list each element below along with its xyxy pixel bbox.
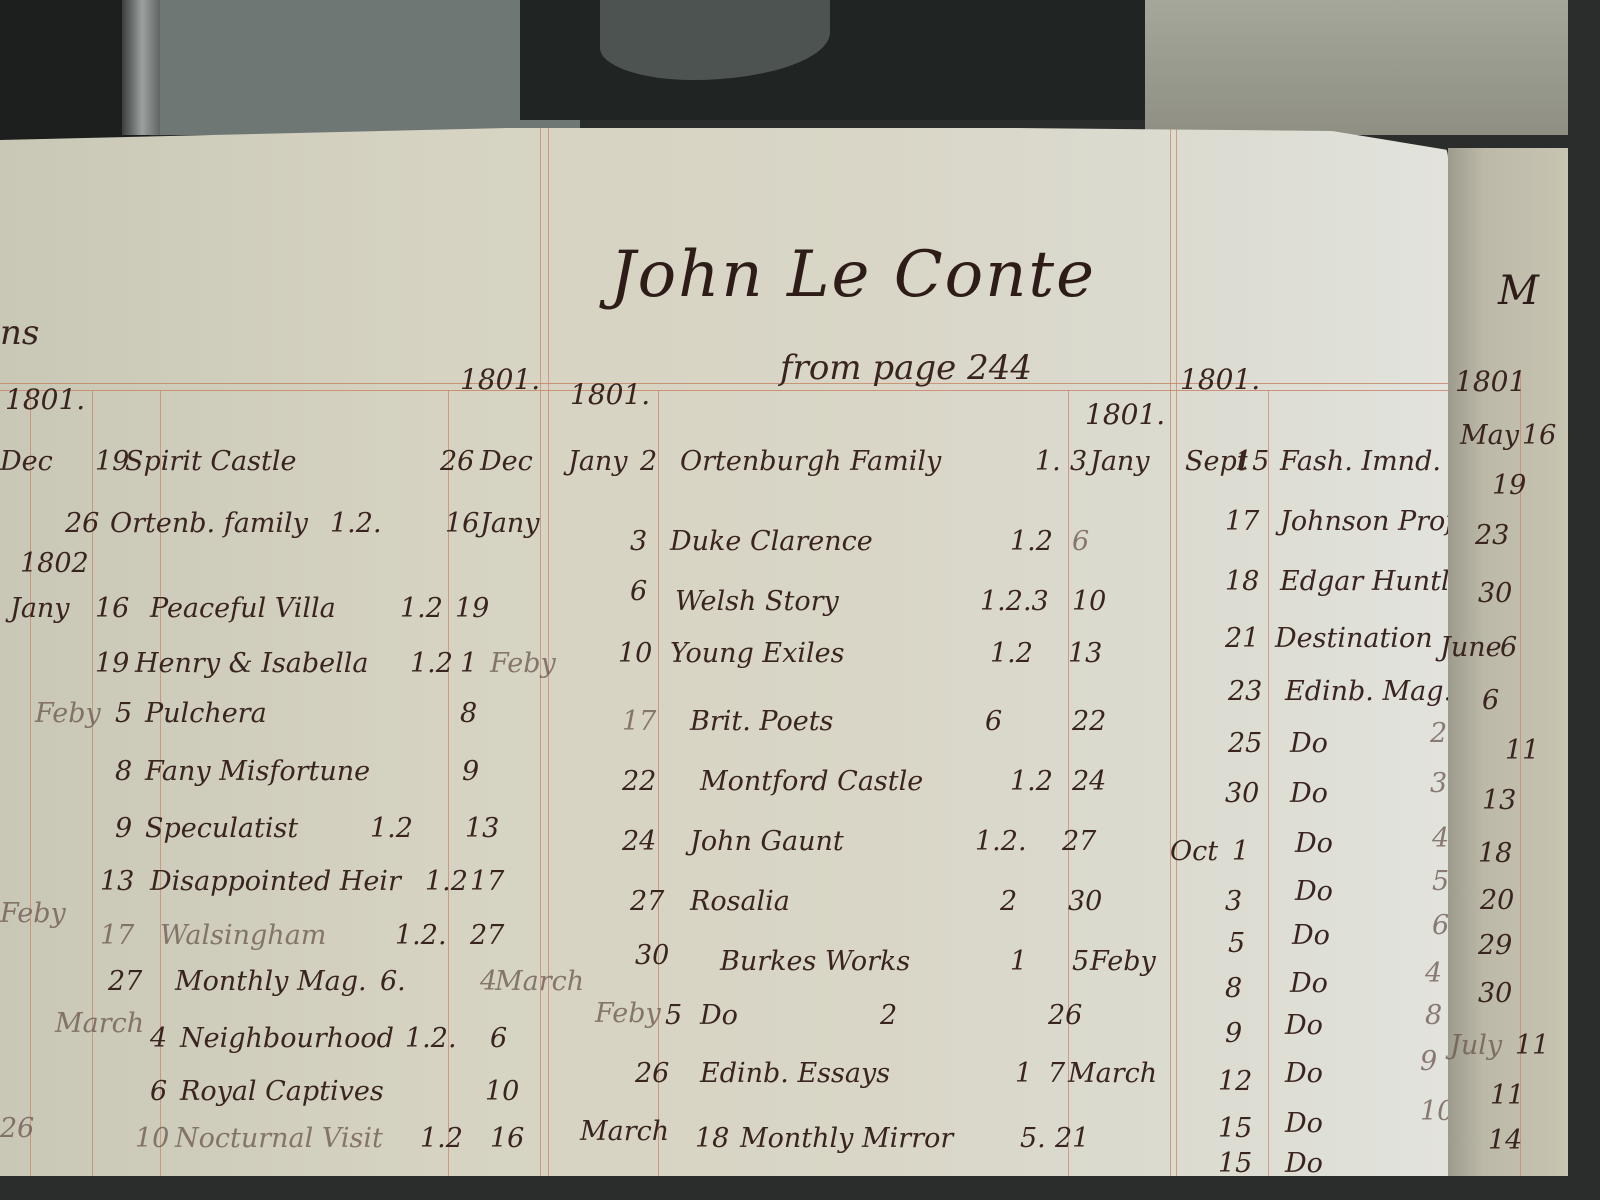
entry-returned-day: 10	[1072, 586, 1106, 617]
col2-return-year-header: 1801.	[1085, 398, 1165, 431]
entry-title: Walsingham	[160, 920, 326, 951]
col1-year-header: 1801.	[5, 383, 85, 416]
entry-day: 5	[115, 698, 132, 729]
entry-title: Do	[1290, 968, 1328, 999]
entry-title: Fash. Imnd.	[1280, 446, 1441, 477]
entry-day: 1	[1232, 836, 1249, 867]
entry-volumes: 1.2	[410, 648, 453, 679]
entry-returned-day: 6	[490, 1023, 507, 1054]
entry-day: 30	[1478, 578, 1512, 609]
entry-day: 15	[1235, 446, 1269, 477]
entry-month: Feby	[595, 998, 661, 1029]
entry-day: 18	[1225, 566, 1259, 597]
entry-returned-day: 9	[462, 756, 479, 787]
entry-day: 11	[1515, 1030, 1549, 1061]
entry-title: Ortenb. family	[110, 508, 308, 539]
entry-returned-month: Jany	[480, 508, 540, 539]
background-table	[1145, 0, 1568, 135]
entry-day: 19	[95, 648, 129, 679]
entry-returned-day: 6	[1072, 526, 1089, 557]
entry-volumes: 1.2	[400, 593, 443, 624]
entry-volumes: 6.	[380, 966, 406, 997]
background-cloth	[160, 0, 580, 135]
entry-day: 5	[665, 1000, 682, 1031]
entry-title: Do	[1292, 920, 1330, 951]
background-metal-strip	[122, 0, 162, 135]
entry-volumes: 1.2.	[330, 508, 382, 539]
entry-day: 16	[95, 593, 129, 624]
entry-volumes: 9	[1420, 1046, 1437, 1077]
entry-title: Welsh Story	[675, 586, 839, 617]
entry-day: 13	[1482, 785, 1516, 816]
entry-day: 9	[1225, 1018, 1242, 1049]
entry-day: 2	[640, 446, 657, 477]
entry-volumes: 6	[985, 706, 1002, 737]
entry-returned-day: 19	[455, 593, 489, 624]
entry-title: Nocturnal Visit	[175, 1123, 383, 1154]
entry-day: 8	[1225, 973, 1242, 1004]
entry-volumes: 1.2	[425, 866, 468, 897]
entry-day: 10	[618, 638, 652, 669]
entry-returned-month: Dec	[480, 446, 533, 477]
entry-title: Rosalia	[690, 886, 790, 917]
entry-volumes: 5	[1432, 866, 1449, 897]
entry-title: Do	[1285, 1010, 1323, 1041]
entry-volumes: 1.	[1035, 446, 1061, 477]
entry-day: 23	[1228, 676, 1262, 707]
entry-day: 14	[1488, 1125, 1522, 1156]
entry-month: Dec	[0, 446, 53, 477]
entry-volumes: 3	[1430, 768, 1447, 799]
entry-month: Oct	[1170, 836, 1218, 867]
entry-month: March	[55, 1008, 144, 1039]
entry-title: Edinb. Mag.	[1285, 676, 1452, 707]
entry-day: 6	[1482, 685, 1499, 716]
entry-month: Feby	[35, 698, 101, 729]
entry-returned-day: 26	[440, 446, 474, 477]
entry-title: Edinb. Essays	[700, 1058, 890, 1089]
entry-returned-day: 7	[1048, 1058, 1065, 1089]
entry-day: 27	[630, 886, 664, 917]
column-rule	[30, 388, 31, 1176]
entry-volumes: 1.2.	[395, 920, 447, 951]
entry-day: 9	[115, 813, 132, 844]
entry-volumes: 1	[1015, 1058, 1032, 1089]
entry-month: May	[1460, 420, 1519, 451]
entry-day: 30	[635, 940, 669, 971]
facing-page-fragment: M	[1498, 268, 1541, 314]
entry-volumes: 1	[1010, 946, 1027, 977]
entry-day: 25	[1228, 728, 1262, 759]
entry-volumes: 2	[1430, 718, 1447, 749]
entry-returned-day: 26	[1048, 1000, 1082, 1031]
left-edge-fragment: ns	[0, 313, 39, 353]
entry-day: 22	[622, 766, 656, 797]
entry-volumes: 2	[1000, 886, 1017, 917]
entry-volumes: 1.2.	[975, 826, 1027, 857]
entry-day: 3	[630, 526, 647, 557]
entry-volumes: 2	[880, 1000, 897, 1031]
entry-title: Burkes Works	[720, 946, 910, 977]
entry-title: Royal Captives	[180, 1076, 384, 1107]
entry-day: 15	[1218, 1113, 1252, 1144]
entry-day: 8	[115, 756, 132, 787]
entry-day: 15	[1218, 1148, 1252, 1176]
entry-day: 11	[1490, 1080, 1524, 1111]
entry-day: 26	[65, 508, 99, 539]
col2-year-header: 1801.	[570, 378, 650, 411]
entry-title: Peaceful Villa	[150, 593, 336, 624]
entry-returned-day: 27	[470, 920, 504, 951]
entry-day: 30	[1225, 778, 1259, 809]
entry-title: Pulchera	[145, 698, 267, 729]
entry-title: Spirit Castle	[125, 446, 296, 477]
entry-returned-month: March	[1068, 1058, 1157, 1089]
entry-title: Do	[1295, 876, 1333, 907]
entry-returned-day: 27	[1062, 826, 1096, 857]
margin-fragment: 26	[0, 1113, 34, 1144]
entry-title: Do	[1290, 728, 1328, 759]
col1-return-year-header: 1801.	[460, 363, 540, 396]
entry-volumes: 1.2	[1010, 766, 1053, 797]
entry-day: 17	[1225, 506, 1259, 537]
entry-title: Do	[1285, 1108, 1323, 1139]
entry-day: 18	[695, 1123, 729, 1154]
entry-title: Brit. Poets	[690, 706, 833, 737]
entry-returned-day: 22	[1072, 706, 1106, 737]
entry-title: Henry & Isabella	[135, 648, 369, 679]
entry-day: 24	[622, 826, 656, 857]
entry-volumes: 1.2.	[405, 1023, 457, 1054]
column-rule	[1170, 128, 1171, 1176]
entry-returned-day: 3	[1070, 446, 1087, 477]
entry-title: Young Exiles	[670, 638, 844, 669]
entry-title: Monthly Mirror	[740, 1123, 953, 1154]
entry-volumes: 4	[1425, 958, 1442, 989]
entry-volumes: 6	[1432, 910, 1449, 941]
entry-returned-day: 16	[490, 1123, 524, 1154]
column-rule	[1176, 128, 1177, 1176]
entry-volumes: 1.2	[1010, 526, 1053, 557]
entry-day: 16	[1522, 420, 1556, 451]
entry-day: 23	[1475, 520, 1509, 551]
entry-volumes: 1.2	[370, 813, 413, 844]
entry-title: Destination	[1275, 623, 1433, 654]
entry-title: Do	[1285, 1058, 1323, 1089]
entry-title: Neighbourhood	[180, 1023, 394, 1054]
entry-title: John Gaunt	[690, 826, 844, 857]
entry-returned-day: 13	[1068, 638, 1102, 669]
entry-returned-day: 30	[1068, 886, 1102, 917]
entry-volumes: 8	[1425, 1000, 1442, 1031]
entry-day: 10	[135, 1123, 169, 1154]
entry-returned-day: 16	[445, 508, 479, 539]
ledger-page: John Le Conte from page 244 ns 1801. 180…	[0, 128, 1448, 1176]
entry-day: 6	[150, 1076, 167, 1107]
col4-year-header: 1801	[1455, 365, 1526, 398]
entry-title: Disappointed Heir	[150, 866, 401, 897]
year-marker: 1802	[20, 548, 89, 579]
entry-title: Do	[1295, 828, 1333, 859]
entry-returned-day: 24	[1072, 766, 1106, 797]
entry-volumes: 5.	[1020, 1123, 1046, 1154]
entry-title: Montford Castle	[700, 766, 923, 797]
entry-day: 20	[1480, 885, 1514, 916]
entry-day: 27	[108, 966, 142, 997]
entry-title: Do	[1290, 778, 1328, 809]
entry-returned-day: 8	[460, 698, 477, 729]
entry-returned-month: Jany	[1090, 446, 1150, 477]
entry-returned-day: 5	[1072, 946, 1089, 977]
entry-day: 12	[1218, 1066, 1252, 1097]
entry-month: June	[1440, 632, 1502, 663]
entry-volumes: 1.2	[420, 1123, 463, 1154]
entry-title: Monthly Mag.	[175, 966, 367, 997]
carried-from-note: from page 244	[780, 348, 1032, 388]
entry-title: Speculatist	[145, 813, 298, 844]
entry-month: Jany	[10, 593, 70, 624]
entry-returned-month: Feby	[490, 648, 556, 679]
entry-title: Do	[1285, 1148, 1323, 1176]
entry-day: 5	[1228, 928, 1245, 959]
entry-returned-month: Feby	[1090, 946, 1156, 977]
entry-day: 30	[1478, 978, 1512, 1009]
entry-day: 26	[635, 1058, 669, 1089]
entry-volumes: 1.2	[990, 638, 1033, 669]
entry-returned-day: 17	[470, 866, 504, 897]
entry-returned-day: 10	[485, 1076, 519, 1107]
entry-day: 6	[630, 576, 647, 607]
account-name-heading: John Le Conte	[610, 238, 1096, 312]
entry-month: July	[1450, 1030, 1502, 1061]
entry-day: 13	[100, 866, 134, 897]
entry-day: 11	[1505, 735, 1539, 766]
column-rule	[1268, 390, 1269, 1176]
entry-volumes: 4	[1432, 823, 1449, 854]
entry-day: 3	[1225, 886, 1242, 917]
entry-title: Do	[700, 1000, 738, 1031]
entry-month: March	[580, 1116, 669, 1147]
entry-title: Ortenburgh Family	[680, 446, 941, 477]
col3-year-header: 1801.	[1180, 363, 1260, 396]
entry-title: Duke Clarence	[670, 526, 873, 557]
entry-returned-month: March	[495, 966, 584, 997]
entry-month: Jany	[568, 446, 628, 477]
margin-fragment: Feby	[0, 898, 66, 929]
entry-volumes: 1.2.3	[980, 586, 1049, 617]
entry-day: 29	[1478, 930, 1512, 961]
entry-returned-day: 1	[460, 648, 477, 679]
entry-returned-day: 13	[465, 813, 499, 844]
entry-day: 17	[622, 706, 656, 737]
entry-day: 19	[1492, 470, 1526, 501]
entry-title: Edgar Huntly	[1280, 566, 1465, 597]
entry-day: 4	[150, 1023, 167, 1054]
entry-day: 6	[1500, 632, 1517, 663]
entry-returned-day: 21	[1055, 1123, 1089, 1154]
entry-day: 17	[100, 920, 134, 951]
entry-title: Fany Misfortune	[145, 756, 370, 787]
entry-day: 18	[1478, 838, 1512, 869]
entry-day: 21	[1225, 623, 1259, 654]
